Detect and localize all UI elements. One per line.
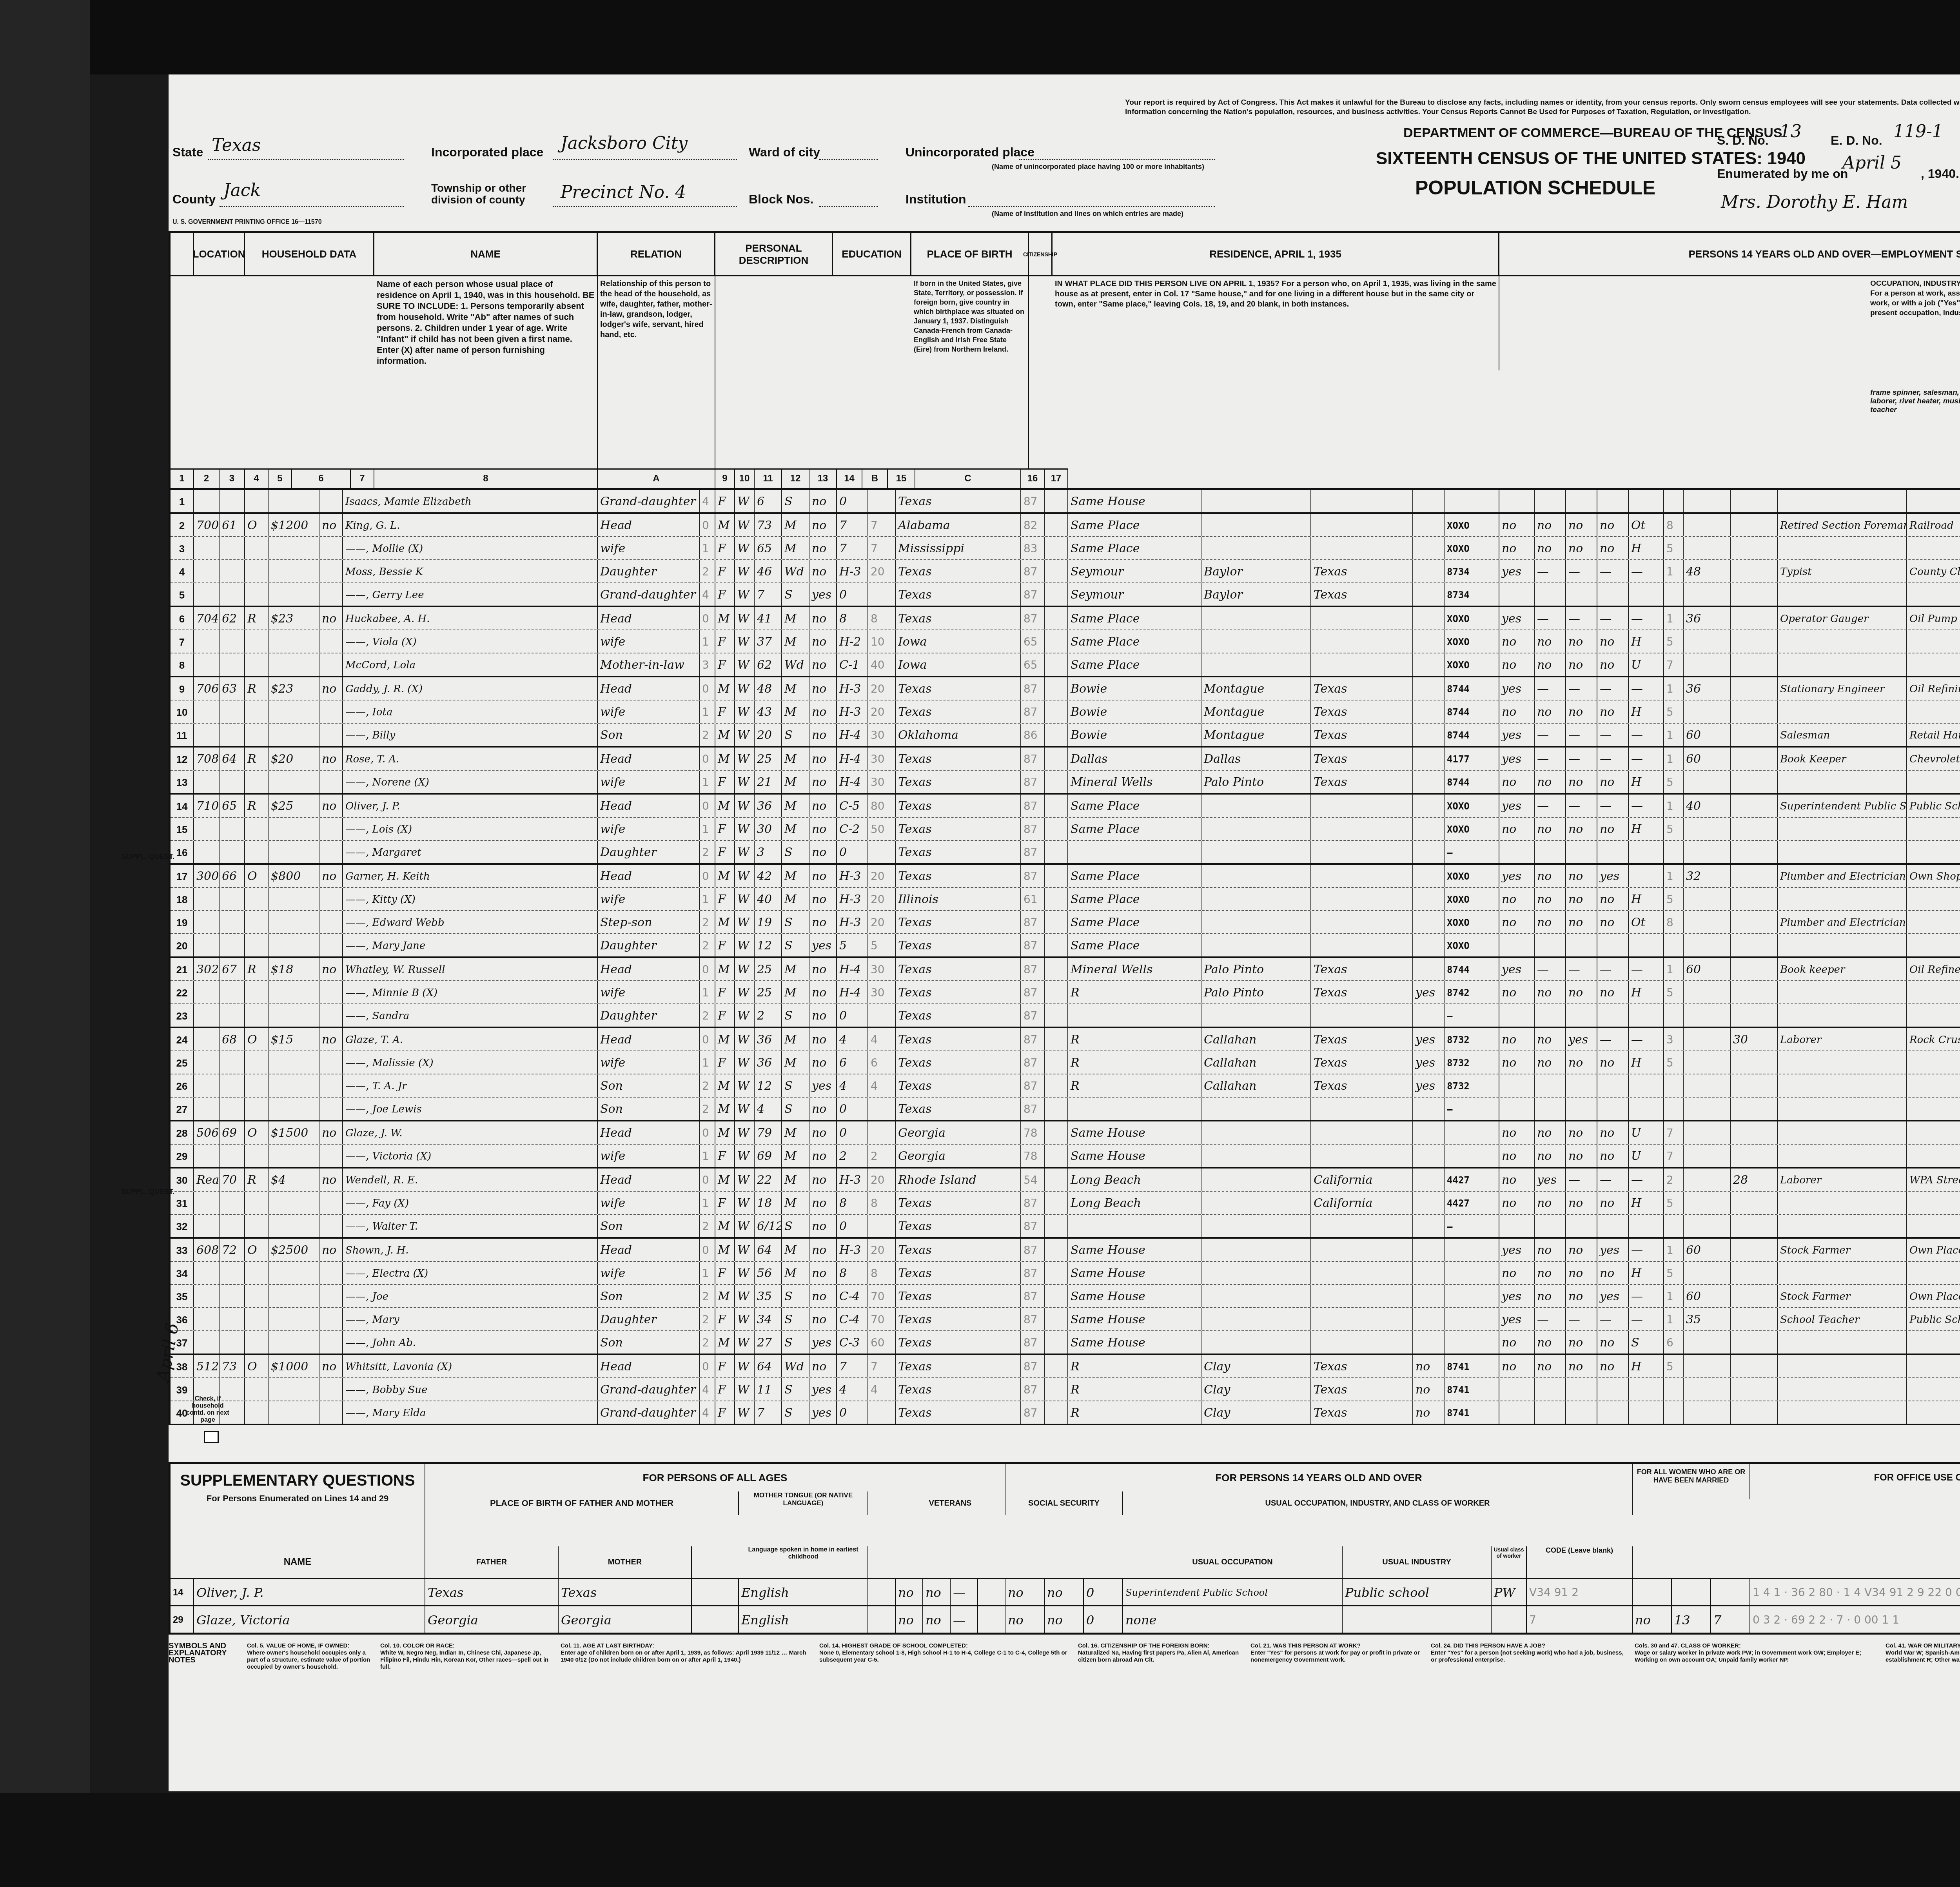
cell-hrs: 32 <box>1684 865 1731 887</box>
cell-name: ——, Edward Webb <box>343 911 598 933</box>
cell-w24 <box>1597 1378 1629 1401</box>
cell-e: 7 <box>1664 653 1684 676</box>
supplementary-subtitle: For Persons Enumerated on Lines 14 and 2… <box>171 1493 425 1504</box>
cell-c: 87 <box>1021 1401 1045 1424</box>
cell-res-state <box>1311 1121 1413 1144</box>
person-row: 31——, Fay (X)wife1FW18Mno88Texas87Long B… <box>171 1192 1960 1215</box>
cell-e: 3 <box>1664 1028 1684 1051</box>
cell-b: 20 <box>868 1239 896 1261</box>
cell-w21: no <box>1499 981 1535 1003</box>
cell-house <box>194 1215 220 1237</box>
cell-res-farm <box>1413 490 1445 512</box>
cell-c: 87 <box>1021 583 1045 606</box>
cell-w23 <box>1566 1098 1597 1120</box>
cell-line: 33 <box>171 1239 194 1261</box>
cell-res-state <box>1311 841 1413 863</box>
cell-line: 19 <box>171 911 194 933</box>
cell-e: 1 <box>1664 1285 1684 1307</box>
cell-d <box>1445 1262 1499 1284</box>
cell-res-farm <box>1413 818 1445 840</box>
colnum: 10 <box>735 468 755 488</box>
note: Col. 41. WAR OR MILITARY SERVICE:World W… <box>1886 1642 1960 1664</box>
cell-age: 4 <box>755 1098 782 1120</box>
cell-birth: Texas <box>896 981 1021 1003</box>
supp-veteran: no <box>896 1606 923 1634</box>
cell-w21: no <box>1499 1262 1535 1284</box>
cell-age: 56 <box>755 1262 782 1284</box>
cell-race: W <box>735 724 755 746</box>
cell-birth: Texas <box>896 934 1021 956</box>
cell-value: $15 <box>269 1028 319 1051</box>
cell-age: 40 <box>755 888 782 910</box>
cell-hrs <box>1684 1215 1731 1237</box>
cell-w24: no <box>1597 537 1629 559</box>
cell-res: Same House <box>1068 1239 1201 1261</box>
cell-rel: Head <box>598 748 700 770</box>
cell-race: W <box>735 748 755 770</box>
supp-father-birthplace: Georgia <box>425 1606 559 1634</box>
cell-hrs <box>1684 1355 1731 1377</box>
cell-b <box>868 841 896 863</box>
header-veterans: VETERANS <box>896 1491 1005 1515</box>
cell-farm <box>319 1192 343 1214</box>
cell-hh: 64 <box>220 748 245 770</box>
enumerated-label: Enumerated by me on <box>1717 167 1848 181</box>
cell-dur: 30 <box>1731 1028 1778 1051</box>
cell-cit <box>1045 1215 1068 1237</box>
cell-own <box>245 1378 269 1401</box>
cell-res-state: Texas <box>1311 583 1413 606</box>
cell-farm <box>319 630 343 653</box>
continued-check-label: Check, if household contd. on next page <box>184 1395 231 1424</box>
cell-house: 302 <box>194 958 220 980</box>
cell-age: 35 <box>755 1285 782 1307</box>
cell-w24: no <box>1597 818 1629 840</box>
cell-grade: 2 <box>837 1145 868 1167</box>
cell-occ <box>1778 1004 1907 1027</box>
cell-sex: F <box>715 818 735 840</box>
cell-b: 10 <box>868 630 896 653</box>
cell-a: 0 <box>700 1121 715 1144</box>
cell-birth: Texas <box>896 958 1021 980</box>
cell-w23: no <box>1566 771 1597 793</box>
cell-w25 <box>1629 1074 1664 1097</box>
cell-dur <box>1731 677 1778 700</box>
cell-cit <box>1045 1262 1068 1284</box>
cell-mar: M <box>782 607 809 630</box>
cell-occ <box>1778 537 1907 559</box>
cell-e: 2 <box>1664 1168 1684 1191</box>
cell-e <box>1664 1098 1684 1120</box>
cell-hrs: 36 <box>1684 677 1731 700</box>
cell-res-county: Callahan <box>1201 1051 1311 1074</box>
cell-mar: M <box>782 630 809 653</box>
cell-occ <box>1778 1051 1907 1074</box>
cell-occ <box>1778 934 1907 956</box>
cell-age: 30 <box>755 818 782 840</box>
cell-occ <box>1778 630 1907 653</box>
cell-sex: M <box>715 1215 735 1237</box>
cell-sex: M <box>715 1074 735 1097</box>
cell-dur <box>1731 1121 1778 1144</box>
cell-house <box>194 700 220 723</box>
cell-sch: no <box>809 630 837 653</box>
cell-farm <box>319 841 343 863</box>
supplementary-questions: SUPPLEMENTARY QUESTIONS For Persons Enum… <box>169 1462 1960 1635</box>
schedule-title: POPULATION SCHEDULE <box>1415 176 1655 199</box>
cell-w22 <box>1535 1074 1566 1097</box>
suppl-quest-tag-left-29: SUPPL. QUEST. <box>122 1188 174 1196</box>
person-row: 4Moss, Bessie KDaughter2FW46WdnoH-320Tex… <box>171 560 1960 583</box>
cell-w25: — <box>1629 958 1664 980</box>
cell-sch: no <box>809 865 837 887</box>
cell-occ: Book keeper <box>1778 958 1907 980</box>
cell-own <box>245 818 269 840</box>
header-usual: USUAL OCCUPATION, INDUSTRY, AND CLASS OF… <box>1123 1491 1633 1515</box>
cell-hrs: 60 <box>1684 958 1731 980</box>
cell-cit <box>1045 607 1068 630</box>
cell-w24: no <box>1597 1355 1629 1377</box>
cell-hh <box>220 1215 245 1237</box>
cell-res-farm <box>1413 1285 1445 1307</box>
note-title: Col. 41. WAR OR MILITARY SERVICE: <box>1886 1642 1960 1649</box>
cell-res-farm <box>1413 677 1445 700</box>
cell-age: 41 <box>755 607 782 630</box>
cell-mar: M <box>782 1168 809 1191</box>
cell-name: Glaze, T. A. <box>343 1028 598 1051</box>
cell-w25: — <box>1629 1308 1664 1330</box>
cell-c: 87 <box>1021 865 1045 887</box>
cell-e: 5 <box>1664 771 1684 793</box>
cell-res-county <box>1201 630 1311 653</box>
cell-res-state: Texas <box>1311 1074 1413 1097</box>
cell-birth: Texas <box>896 583 1021 606</box>
cell-dur <box>1731 841 1778 863</box>
cell-value: $23 <box>269 607 319 630</box>
cell-sch: no <box>809 1028 837 1051</box>
cell-own <box>245 981 269 1003</box>
cell-a: 2 <box>700 911 715 933</box>
cell-res: Bowie <box>1068 724 1201 746</box>
cell-e: 5 <box>1664 818 1684 840</box>
cell-age: 7 <box>755 583 782 606</box>
note-title: Col. 5. VALUE OF HOME, IF OWNED: <box>247 1642 372 1649</box>
state-label: State <box>172 145 203 160</box>
cell-cit <box>1045 1121 1068 1144</box>
colnum: 9 <box>715 468 735 488</box>
cell-mar: S <box>782 1074 809 1097</box>
supp-usual-occupation: none <box>1123 1606 1343 1634</box>
cell-w21: yes <box>1499 724 1535 746</box>
cell-w24 <box>1597 841 1629 863</box>
cell-mar: S <box>782 490 809 512</box>
cell-own: R <box>245 677 269 700</box>
cell-hrs <box>1684 1378 1731 1401</box>
cell-hh <box>220 888 245 910</box>
cell-dur <box>1731 630 1778 653</box>
cell-value <box>269 911 319 933</box>
cell-value <box>269 1192 319 1214</box>
institution-note: (Name of institution and lines on which … <box>992 210 1183 218</box>
cell-house <box>194 888 220 910</box>
unincorporated-note: (Name of unincorporated place having 100… <box>992 163 1204 171</box>
cell-occ <box>1778 1378 1907 1401</box>
cell-house: 710 <box>194 795 220 817</box>
cell-age: 79 <box>755 1121 782 1144</box>
cell-w22 <box>1535 841 1566 863</box>
cell-res: Seymour <box>1068 583 1201 606</box>
cell-b: 20 <box>868 865 896 887</box>
cell-w22: — <box>1535 724 1566 746</box>
cell-value: $2500 <box>269 1239 319 1261</box>
group-personal: PERSONAL DESCRIPTION <box>715 233 833 276</box>
cell-rel: wife <box>598 537 700 559</box>
cell-own <box>245 653 269 676</box>
cell-res <box>1068 1098 1201 1120</box>
cell-e: 5 <box>1664 888 1684 910</box>
sd-value: 13 <box>1780 122 1802 142</box>
cell-hh <box>220 1074 245 1097</box>
cell-w22 <box>1535 1378 1566 1401</box>
group-14-over: FOR PERSONS 14 YEARS OLD AND OVER <box>1005 1464 1633 1491</box>
cell-a: 0 <box>700 514 715 536</box>
supplementary-title-text: SUPPLEMENTARY QUESTIONS <box>171 1472 425 1490</box>
cell-line: 13 <box>171 771 194 793</box>
cell-res-state: Texas <box>1311 1401 1413 1424</box>
cell-res-county: Clay <box>1201 1378 1311 1401</box>
cell-occ <box>1778 490 1907 512</box>
note-title: Col. 16. CITIZENSHIP OF THE FOREIGN BORN… <box>1078 1642 1243 1649</box>
cell-e: 1 <box>1664 958 1684 980</box>
cell-grade: C-3 <box>837 1331 868 1354</box>
cell-w22: no <box>1535 1192 1566 1214</box>
cell-race: W <box>735 1355 755 1377</box>
cell-w21: yes <box>1499 1239 1535 1261</box>
cell-rel: Step-son <box>598 911 700 933</box>
cell-occ: Laborer <box>1778 1028 1907 1051</box>
cell-line: 2 <box>171 514 194 536</box>
symbols-title: SYMBOLS AND EXPLANATORY NOTES <box>169 1642 239 1664</box>
cell-mar: M <box>782 818 809 840</box>
cell-grade: H-3 <box>837 911 868 933</box>
person-row: 3——, Mollie (X)wife1FW65Mno77Mississippi… <box>171 537 1960 560</box>
cell-hrs <box>1684 1004 1731 1027</box>
cell-d: XOXO <box>1445 934 1499 956</box>
census-title: SIXTEENTH CENSUS OF THE UNITED STATES: 1… <box>1376 149 1806 169</box>
cell-hrs: 60 <box>1684 724 1731 746</box>
cell-ind <box>1907 841 1960 863</box>
cell-w21: no <box>1499 514 1535 536</box>
cell-w24: — <box>1597 795 1629 817</box>
cell-rel: wife <box>598 1262 700 1284</box>
cell-w23 <box>1566 583 1597 606</box>
cell-c: 82 <box>1021 514 1045 536</box>
cell-cit <box>1045 981 1068 1003</box>
cell-w21: yes <box>1499 748 1535 770</box>
cell-sch: yes <box>809 1401 837 1424</box>
cell-w24: no <box>1597 1145 1629 1167</box>
cell-race: W <box>735 1145 755 1167</box>
note: Col. 11. AGE AT LAST BIRTHDAY:Enter age … <box>561 1642 811 1664</box>
cell-hh <box>220 1331 245 1354</box>
cell-e <box>1664 934 1684 956</box>
cell-mar: S <box>782 1215 809 1237</box>
cell-c: 87 <box>1021 1239 1045 1261</box>
cell-sex: F <box>715 1355 735 1377</box>
cell-mar: M <box>782 677 809 700</box>
film-border-top <box>0 0 1960 74</box>
cell-a: 1 <box>700 1262 715 1284</box>
cell-w22: — <box>1535 677 1566 700</box>
cell-res-farm <box>1413 771 1445 793</box>
cell-name: ——, T. A. Jr <box>343 1074 598 1097</box>
cell-ind <box>1907 1074 1960 1097</box>
cell-house: 512 <box>194 1355 220 1377</box>
group-household: HOUSEHOLD DATA <box>245 233 374 276</box>
cell-birth: Texas <box>896 748 1021 770</box>
cell-rel: Grand-daughter <box>598 1378 700 1401</box>
cell-ind <box>1907 1262 1960 1284</box>
cell-res: R <box>1068 1401 1201 1424</box>
cell-age: 73 <box>755 514 782 536</box>
confidentiality-notice: Your report is required by Act of Congre… <box>1125 98 1960 117</box>
cell-birth: Iowa <box>896 630 1021 653</box>
cell-a: 0 <box>700 795 715 817</box>
cell-hrs <box>1684 1051 1731 1074</box>
cell-farm <box>319 1401 343 1424</box>
cell-age: 65 <box>755 537 782 559</box>
cell-w25: — <box>1629 607 1664 630</box>
cell-sex: F <box>715 490 735 512</box>
cell-line: 12 <box>171 748 194 770</box>
cell-w22: no <box>1535 1051 1566 1074</box>
cell-value <box>269 771 319 793</box>
cell-hh <box>220 630 245 653</box>
cell-res-county <box>1201 1192 1311 1214</box>
cell-w22: no <box>1535 818 1566 840</box>
cell-w25: H <box>1629 981 1664 1003</box>
supp-age-first-marriage: 13 <box>1672 1606 1711 1634</box>
cell-occ <box>1778 1145 1907 1167</box>
cell-w24: no <box>1597 1192 1629 1214</box>
cell-b: 20 <box>868 1168 896 1191</box>
continued-checkbox[interactable] <box>204 1431 219 1443</box>
cell-mar: M <box>782 1121 809 1144</box>
cell-farm <box>319 583 343 606</box>
cell-line: 26 <box>171 1074 194 1097</box>
cell-d: XOXO <box>1445 607 1499 630</box>
note: Col. 24. DID THIS PERSON HAVE A JOB?Ente… <box>1431 1642 1627 1664</box>
cell-own <box>245 1074 269 1097</box>
cell-w23 <box>1566 934 1597 956</box>
cell-res-state <box>1311 490 1413 512</box>
cell-a: 1 <box>700 537 715 559</box>
cell-birth: Georgia <box>896 1121 1021 1144</box>
cell-birth: Texas <box>896 841 1021 863</box>
cell-hh <box>220 490 245 512</box>
cell-w24 <box>1597 1074 1629 1097</box>
cell-res-state <box>1311 537 1413 559</box>
cell-line: 29 <box>171 1145 194 1167</box>
cell-birth: Texas <box>896 1355 1021 1377</box>
cell-ind <box>1907 1331 1960 1354</box>
cell-w22: no <box>1535 1285 1566 1307</box>
cell-w23: no <box>1566 1355 1597 1377</box>
incorporated-place-value: Jacksboro City <box>561 133 688 153</box>
cell-birth: Texas <box>896 1378 1021 1401</box>
ed-value: 119-1 <box>1893 122 1943 142</box>
cell-sch: no <box>809 677 837 700</box>
cell-b: 6 <box>868 1051 896 1074</box>
cell-e: 1 <box>1664 724 1684 746</box>
cell-d: 8744 <box>1445 700 1499 723</box>
cell-occ <box>1778 1355 1907 1377</box>
cell-w22: — <box>1535 607 1566 630</box>
cell-line: 17 <box>171 865 194 887</box>
cell-d: 8734 <box>1445 583 1499 606</box>
cell-res-farm <box>1413 700 1445 723</box>
cell-value <box>269 630 319 653</box>
cell-cit <box>1045 748 1068 770</box>
cell-name: ——, Electra (X) <box>343 1262 598 1284</box>
cell-rel: Grand-daughter <box>598 490 700 512</box>
cell-w25: — <box>1629 724 1664 746</box>
header-social-security: SOCIAL SECURITY <box>1005 1491 1123 1515</box>
cell-occ <box>1778 888 1907 910</box>
cell-mar: S <box>782 1285 809 1307</box>
cell-w24 <box>1597 934 1629 956</box>
cell-birth: Texas <box>896 1285 1021 1307</box>
cell-birth: Oklahoma <box>896 724 1021 746</box>
cell-birth: Texas <box>896 1074 1021 1097</box>
cell-res-farm: no <box>1413 1355 1445 1377</box>
cell-w21: yes <box>1499 1285 1535 1307</box>
cell-birth: Texas <box>896 1331 1021 1354</box>
cell-d: — <box>1445 1098 1499 1120</box>
cell-w22: no <box>1535 771 1566 793</box>
note-title: Col. 10. COLOR OR RACE: <box>380 1642 553 1649</box>
cell-race: W <box>735 537 755 559</box>
cell-res-state: Texas <box>1311 1378 1413 1401</box>
cell-e: 8 <box>1664 911 1684 933</box>
cell-sex: F <box>715 888 735 910</box>
cell-dur <box>1731 771 1778 793</box>
cell-b: 30 <box>868 748 896 770</box>
cell-w25: U <box>1629 1145 1664 1167</box>
cell-grade: 0 <box>837 1098 868 1120</box>
cell-occ: Superintendent Public School <box>1778 795 1907 817</box>
supp-usual-industry <box>1343 1606 1492 1634</box>
enumerator-name: Mrs. Dorothy E. Ham <box>1721 192 1908 212</box>
cell-res-state <box>1311 795 1413 817</box>
cell-w21: no <box>1499 818 1535 840</box>
cell-name: Rose, T. A. <box>343 748 598 770</box>
cell-dur <box>1731 1098 1778 1120</box>
note-text: World War W; Spanish-American War SP; Sp… <box>1886 1649 1960 1664</box>
cell-w22: no <box>1535 653 1566 676</box>
cell-cit <box>1045 514 1068 536</box>
cell-age: 36 <box>755 795 782 817</box>
cell-w25: H <box>1629 1192 1664 1214</box>
cell-a: 0 <box>700 748 715 770</box>
cell-res: R <box>1068 1028 1201 1051</box>
cell-line: 7 <box>171 630 194 653</box>
cell-res-county: Palo Pinto <box>1201 981 1311 1003</box>
cell-own <box>245 841 269 863</box>
cell-occ <box>1778 771 1907 793</box>
cell-res-farm <box>1413 911 1445 933</box>
cell-birth: Texas <box>896 1401 1021 1424</box>
